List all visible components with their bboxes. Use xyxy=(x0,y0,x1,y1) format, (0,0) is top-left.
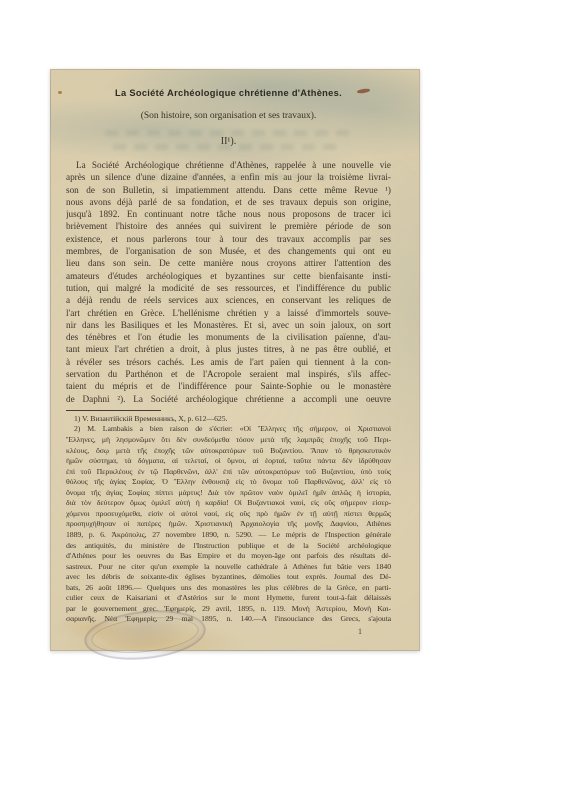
paragraph-line: La Société Archéologique chrétienne d'At… xyxy=(66,159,391,171)
paragraph-line: nir dans les Basiliques et les Monastère… xyxy=(66,319,391,331)
footnote-line: Ἕλληνες, μὴ λησμονῶμεν ὅτι δὲν συνδεόμεθ… xyxy=(66,435,391,446)
paragraph-line: membres, de l'organisation de son Musée,… xyxy=(66,245,391,257)
paragraph-line: de Daphni ²). La Société archéologique c… xyxy=(66,393,391,405)
paragraph-line: l'art chrétien en Grèce. L'hellénisme ch… xyxy=(66,307,391,319)
footnote-line: sastreux. Pour ne citer qu'un exemple la… xyxy=(66,562,391,573)
library-stamp-inner-ring xyxy=(90,612,201,657)
paragraph-line: a déjà rendu de réels services aux scien… xyxy=(66,294,391,306)
footnote-line: bats, 26 août 1896.— Quelques uns des mo… xyxy=(66,583,391,594)
footnote-line: κλέους, ὅσῳ μετὰ τῆς ἐποχῆς τῶν αὐτοκρατ… xyxy=(66,446,391,457)
paragraph-line: tant mieux l'art chrétien a droit, à plu… xyxy=(66,343,391,355)
paragraph-line: taient du mépris et de l'indifférence po… xyxy=(66,380,391,392)
footnotes: 1) V. Византійскій Временникъ, X, p. 612… xyxy=(66,414,391,625)
paragraph-line: nous avons déjà parlé de sa fondation, e… xyxy=(66,196,391,208)
page-title: La Société Archéologique chrétienne d'At… xyxy=(66,88,391,98)
paragraph-line: tution, qui malgré la modicité de ses re… xyxy=(66,282,391,294)
footnote-separator xyxy=(66,410,161,411)
footnote-line: χόμενοι προσευχόμεθα, εἰσὶν οἱ αὐτοὶ ναο… xyxy=(66,509,391,520)
footnote-line: culier ceux de Kaisariani et d'Astérios … xyxy=(66,593,391,604)
body-paragraph: La Société Archéologique chrétienne d'At… xyxy=(66,159,391,405)
footnote-line: διὰ τὸν δεύτερον ὅμως ὁμιλεῖ αὐτὴ ἡ καρδ… xyxy=(66,498,391,509)
paragraph-line: servation du Parthénon et de l'Acropole … xyxy=(66,368,391,380)
paragraph-line: existence, et nous parlerons tour à tour… xyxy=(66,233,391,245)
footnote-line: θόλους τῆς ἁγίας Σοφίας. Ὁ Ἕλλην ἐνθουσι… xyxy=(66,477,391,488)
paragraph-line: lieu dans son sein. De cette manière nou… xyxy=(66,257,391,269)
footnote-line: par le gouvernement grec. Ἐφημερίς, 29 a… xyxy=(66,604,391,615)
paragraph-line: jusqu'à 1892. En continuant notre tâche … xyxy=(66,208,391,220)
bleed-through-smudge xyxy=(146,174,326,180)
footnote-line: 2) M. Lambakis a bien raison de s'écrier… xyxy=(66,424,391,435)
footnote-line: ἐπὶ τοῦ Περικλέους ἐν τῷ Παρθενῶνι, ἀλλ'… xyxy=(66,467,391,478)
footnote-line: d'Athènes pour les oeuvres du Bas Empire… xyxy=(66,551,391,562)
paper-speck xyxy=(58,91,62,94)
footnote-line: προσηυχήθησαν οἱ πατέρες ἡμῶν. Χριστιανι… xyxy=(66,519,391,530)
bleed-through-smudge xyxy=(99,130,349,136)
bleed-through-smudge xyxy=(111,144,336,150)
footnote-line: 1) V. Византійскій Временникъ, X, p. 612… xyxy=(66,414,391,425)
footnote-line: avec les débris de soixante-dix églises … xyxy=(66,572,391,583)
paragraph-line: amateurs d'études archéologiques et byza… xyxy=(66,270,391,282)
footnote-line: des antiquités, du ministère de l'Instru… xyxy=(66,541,391,552)
paragraph-line: brièvement l'histoire des années qui sui… xyxy=(66,220,391,232)
footnote-line: ὄνομα τῆς ἁγίας Σοφίας πίπτει μάρτυς! Δι… xyxy=(66,488,391,499)
paragraph-line: des ténèbres et l'on étudie les monument… xyxy=(66,331,391,343)
paper-page: La Société Archéologique chrétienne d'At… xyxy=(50,69,420,651)
footnote-line: ἡμῶν σύστημα, τὰ δόγματα, αἱ τελεταί, οἱ… xyxy=(66,456,391,467)
page-subtitle: (Son histoire, son organisation et ses t… xyxy=(66,111,391,121)
footnote-line: 1889, p. 6. Ἀκρόπολις, 27 novembre 1890,… xyxy=(66,530,391,541)
paragraph-line: son de son Bulletin, si impatiemment att… xyxy=(66,184,391,196)
paragraph-line: à révéler ses trésors cachés. Les amis d… xyxy=(66,356,391,368)
